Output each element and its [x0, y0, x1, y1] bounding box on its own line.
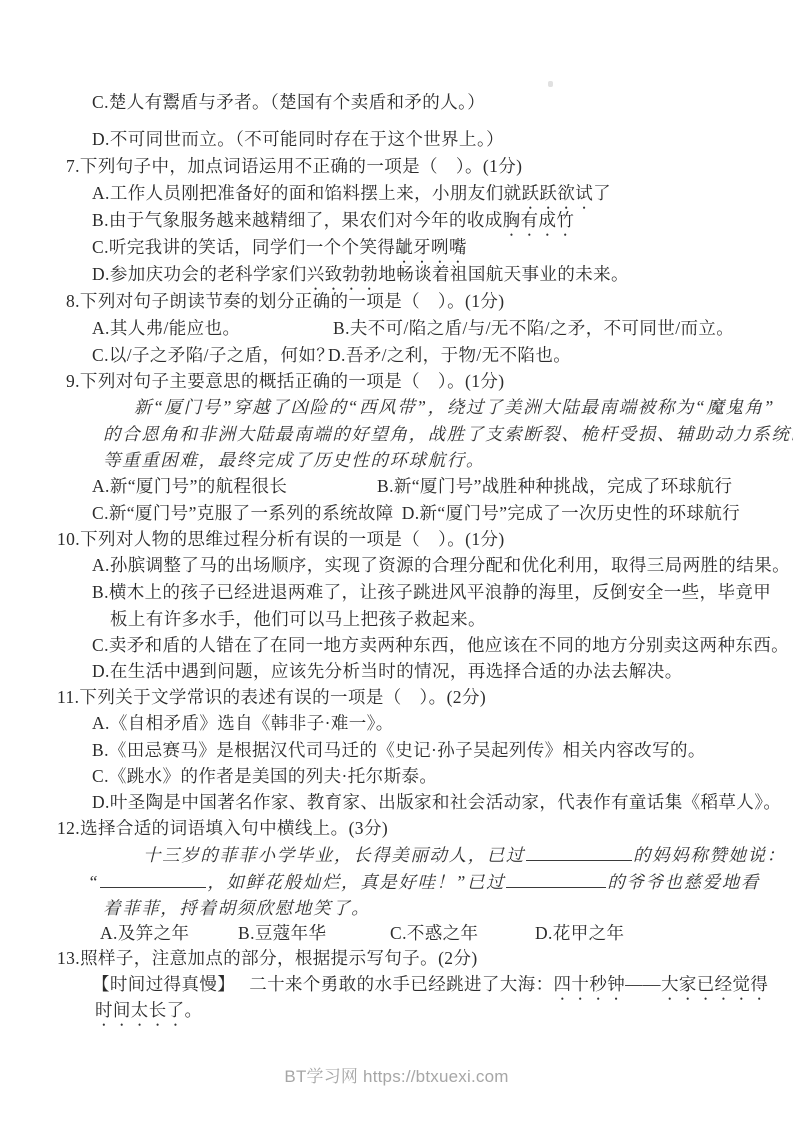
question-9-option-a: A.新“厦门号”的航程很长 — [92, 473, 287, 500]
question-7-option-b: B.由于气象服务越来越精细了，果农们对今年的收成胸有成竹 — [92, 207, 574, 234]
question-12-option-d: D.花甲之年 — [535, 920, 624, 947]
question-11-stem: 11.下列关于文学常识的表述有误的一项是（ ）。(2分) — [57, 684, 486, 711]
exam-paper-page: C.楚人有鬻盾与矛者。（楚国有个卖盾和矛的人。） D.不可同世而立。（不可能同时… — [0, 0, 793, 1122]
question-10-option-a: A.孙膑调整了马的出场顺序，实现了资源的合理分配和优化利用，取得三局两胜的结果。 — [92, 552, 790, 579]
question-13-example-line-1: 【时间过得真慢】二十来个勇敢的水手已经跳进了大海：四十秒钟——大家已经觉得 — [92, 971, 768, 998]
question-8-option-d: D.吾矛/之利，于物/无不陷也。 — [328, 342, 571, 369]
question-6-option-d: D.不可同世而立。（不可能同时存在于这个世界上。） — [92, 126, 504, 153]
emphasized-word: 大家已经觉得 — [661, 974, 768, 994]
question-6-option-c: C.楚人有鬻盾与矛者。（楚国有个卖盾和矛的人。） — [92, 89, 485, 116]
emphasized-word: 时间太长了 — [95, 1000, 185, 1020]
fill-blank — [100, 870, 206, 889]
question-9-passage-line-1: 新“厦门号”穿越了凶险的“西风带”，绕过了美洲大陆最南端被称为“魔鬼角” — [134, 394, 775, 421]
question-8-options-cd: C.以/子之矛陷/子之盾，何如？ D.吾矛/之利，于物/无不陷也。 — [0, 342, 793, 369]
question-10-option-b-line-1: B.横木上的孩子已经进退两难了，让孩子跳进风平浪静的海里，反倒安全一些，毕竟甲 — [92, 579, 771, 606]
question-7-option-a: A.工作人员刚把准备好的面和馅料摆上来，小朋友们就跃跃欲试了 — [92, 180, 611, 207]
question-10-option-b-line-2: 板上有许多水手，他们可以马上把孩子救起来。 — [110, 606, 486, 633]
question-12-stem: 12.选择合适的词语填入句中横线上。(3分) — [57, 815, 388, 842]
question-10-option-d: D.在生活中遇到问题，应该先分析当时的情况，再选择合适的办法去解决。 — [92, 658, 683, 685]
emphasized-word: 四十秒钟 — [554, 974, 626, 994]
question-10-option-c: C.卖矛和盾的人错在了在同一地方卖两种东西，他应该在不同的地方分别卖这两种东西。 — [92, 632, 789, 659]
question-9-stem: 9.下列对句子主要意思的概括正确的一项是（ ）。(1分) — [66, 368, 504, 395]
question-9-option-b: B.新“厦门号”战胜种种挑战，完成了环球航行 — [377, 473, 732, 500]
question-7-stem: 7.下列句子中，加点词语运用不正确的一项是（ ）。(1分) — [66, 153, 522, 180]
fill-blank — [506, 870, 606, 889]
question-7-option-c: C.听完我讲的笑话，同学们一个个笑得龇牙咧嘴 — [92, 234, 467, 261]
question-12-option-b: B.豆蔻年华 — [238, 920, 326, 947]
question-11-option-a: A.《自相矛盾》选自《韩非子·难一》。 — [92, 710, 394, 737]
question-8-options-ab: A.其人弗/能应也。 B.夫不可/陷之盾/与/无不陷/之矛，不可同世/而立。 — [0, 315, 793, 342]
question-11-option-c: C.《跳水》的作者是美国的列夫·托尔斯泰。 — [92, 763, 437, 790]
question-11-option-d: D.叶圣陶是中国著名作家、教育家、出版家和社会活动家，代表作有童话集《稻草人》。 — [92, 789, 781, 816]
watermark-text: BT学习网 https://btxuexi.com — [0, 1062, 793, 1092]
question-11-option-b: B.《田忌赛马》是根据汉代司马迁的《史记·孙子吴起列传》相关内容改写的。 — [92, 737, 706, 764]
question-9-options-cd: C.新“厦门号”克服了一系列的系统故障D.新“厦门号”完成了一次历史性的环球航行 — [92, 500, 740, 527]
question-9-passage-line-2: 的合恩角和非洲大陆最南端的好望角，战胜了支索断裂、桅杆受损、辅助动力系统故障 — [103, 421, 793, 448]
question-12-option-c: C.不惑之年 — [390, 920, 478, 947]
question-12-passage-line-3: 着菲菲，捋着胡须欣慰地笑了。 — [103, 895, 370, 922]
question-8-option-b: B.夫不可/陷之盾/与/无不陷/之矛，不可同世/而立。 — [333, 315, 734, 342]
question-9-passage-line-3: 等重重困难，最终完成了历史性的环球航行。 — [103, 447, 485, 474]
emphasized-word: 兴致勃勃 — [307, 264, 379, 284]
scan-artifact — [548, 81, 553, 87]
question-8-option-c: C.以/子之矛陷/子之盾，何如？ — [92, 342, 334, 369]
question-9-options-ab: A.新“厦门号”的航程很长 B.新“厦门号”战胜种种挑战，完成了环球航行 — [0, 473, 793, 500]
question-8-option-a: A.其人弗/能应也。 — [92, 315, 240, 342]
question-7-option-d: D.参加庆功会的老科学家们兴致勃勃地畅谈着祖国航天事业的未来。 — [92, 261, 629, 288]
emphasized-word: 胸有成竹 — [503, 210, 575, 230]
fill-blank — [526, 843, 632, 862]
question-12-option-a: A.及笄之年 — [100, 920, 189, 947]
hint-bracket: 【时间过得真慢】 — [92, 974, 235, 994]
emphasized-word: 龇牙咧嘴 — [395, 237, 467, 257]
question-12-passage-line-2: “，如鲜花般灿烂，真是好哇！”已过的爷爷也慈爱地看 — [88, 869, 760, 896]
question-12-options: A.及笄之年 B.豆蔻年华 C.不惑之年 D.花甲之年 — [0, 920, 793, 947]
question-8-stem: 8.下列对句子朗读节奏的划分正确的一项是（ ）。(1分) — [66, 288, 504, 315]
question-12-passage-line-1: 十三岁的菲菲小学毕业，长得美丽动人，已过的妈妈称赞她说： — [143, 842, 786, 869]
question-9-option-c: C.新“厦门号”克服了一系列的系统故障 — [92, 503, 394, 523]
question-9-option-d: D.新“厦门号”完成了一次历史性的环球航行 — [402, 503, 740, 523]
emphasized-word: 跃跃欲试 — [522, 183, 594, 203]
question-10-stem: 10.下列对人物的思维过程分析有误的一项是（ ）。(1分) — [57, 526, 505, 553]
question-13-example-line-2: 时间太长了。 — [95, 997, 202, 1024]
question-13-stem: 13.照样子，注意加点的部分，根据提示写句子。(2分) — [57, 945, 478, 972]
